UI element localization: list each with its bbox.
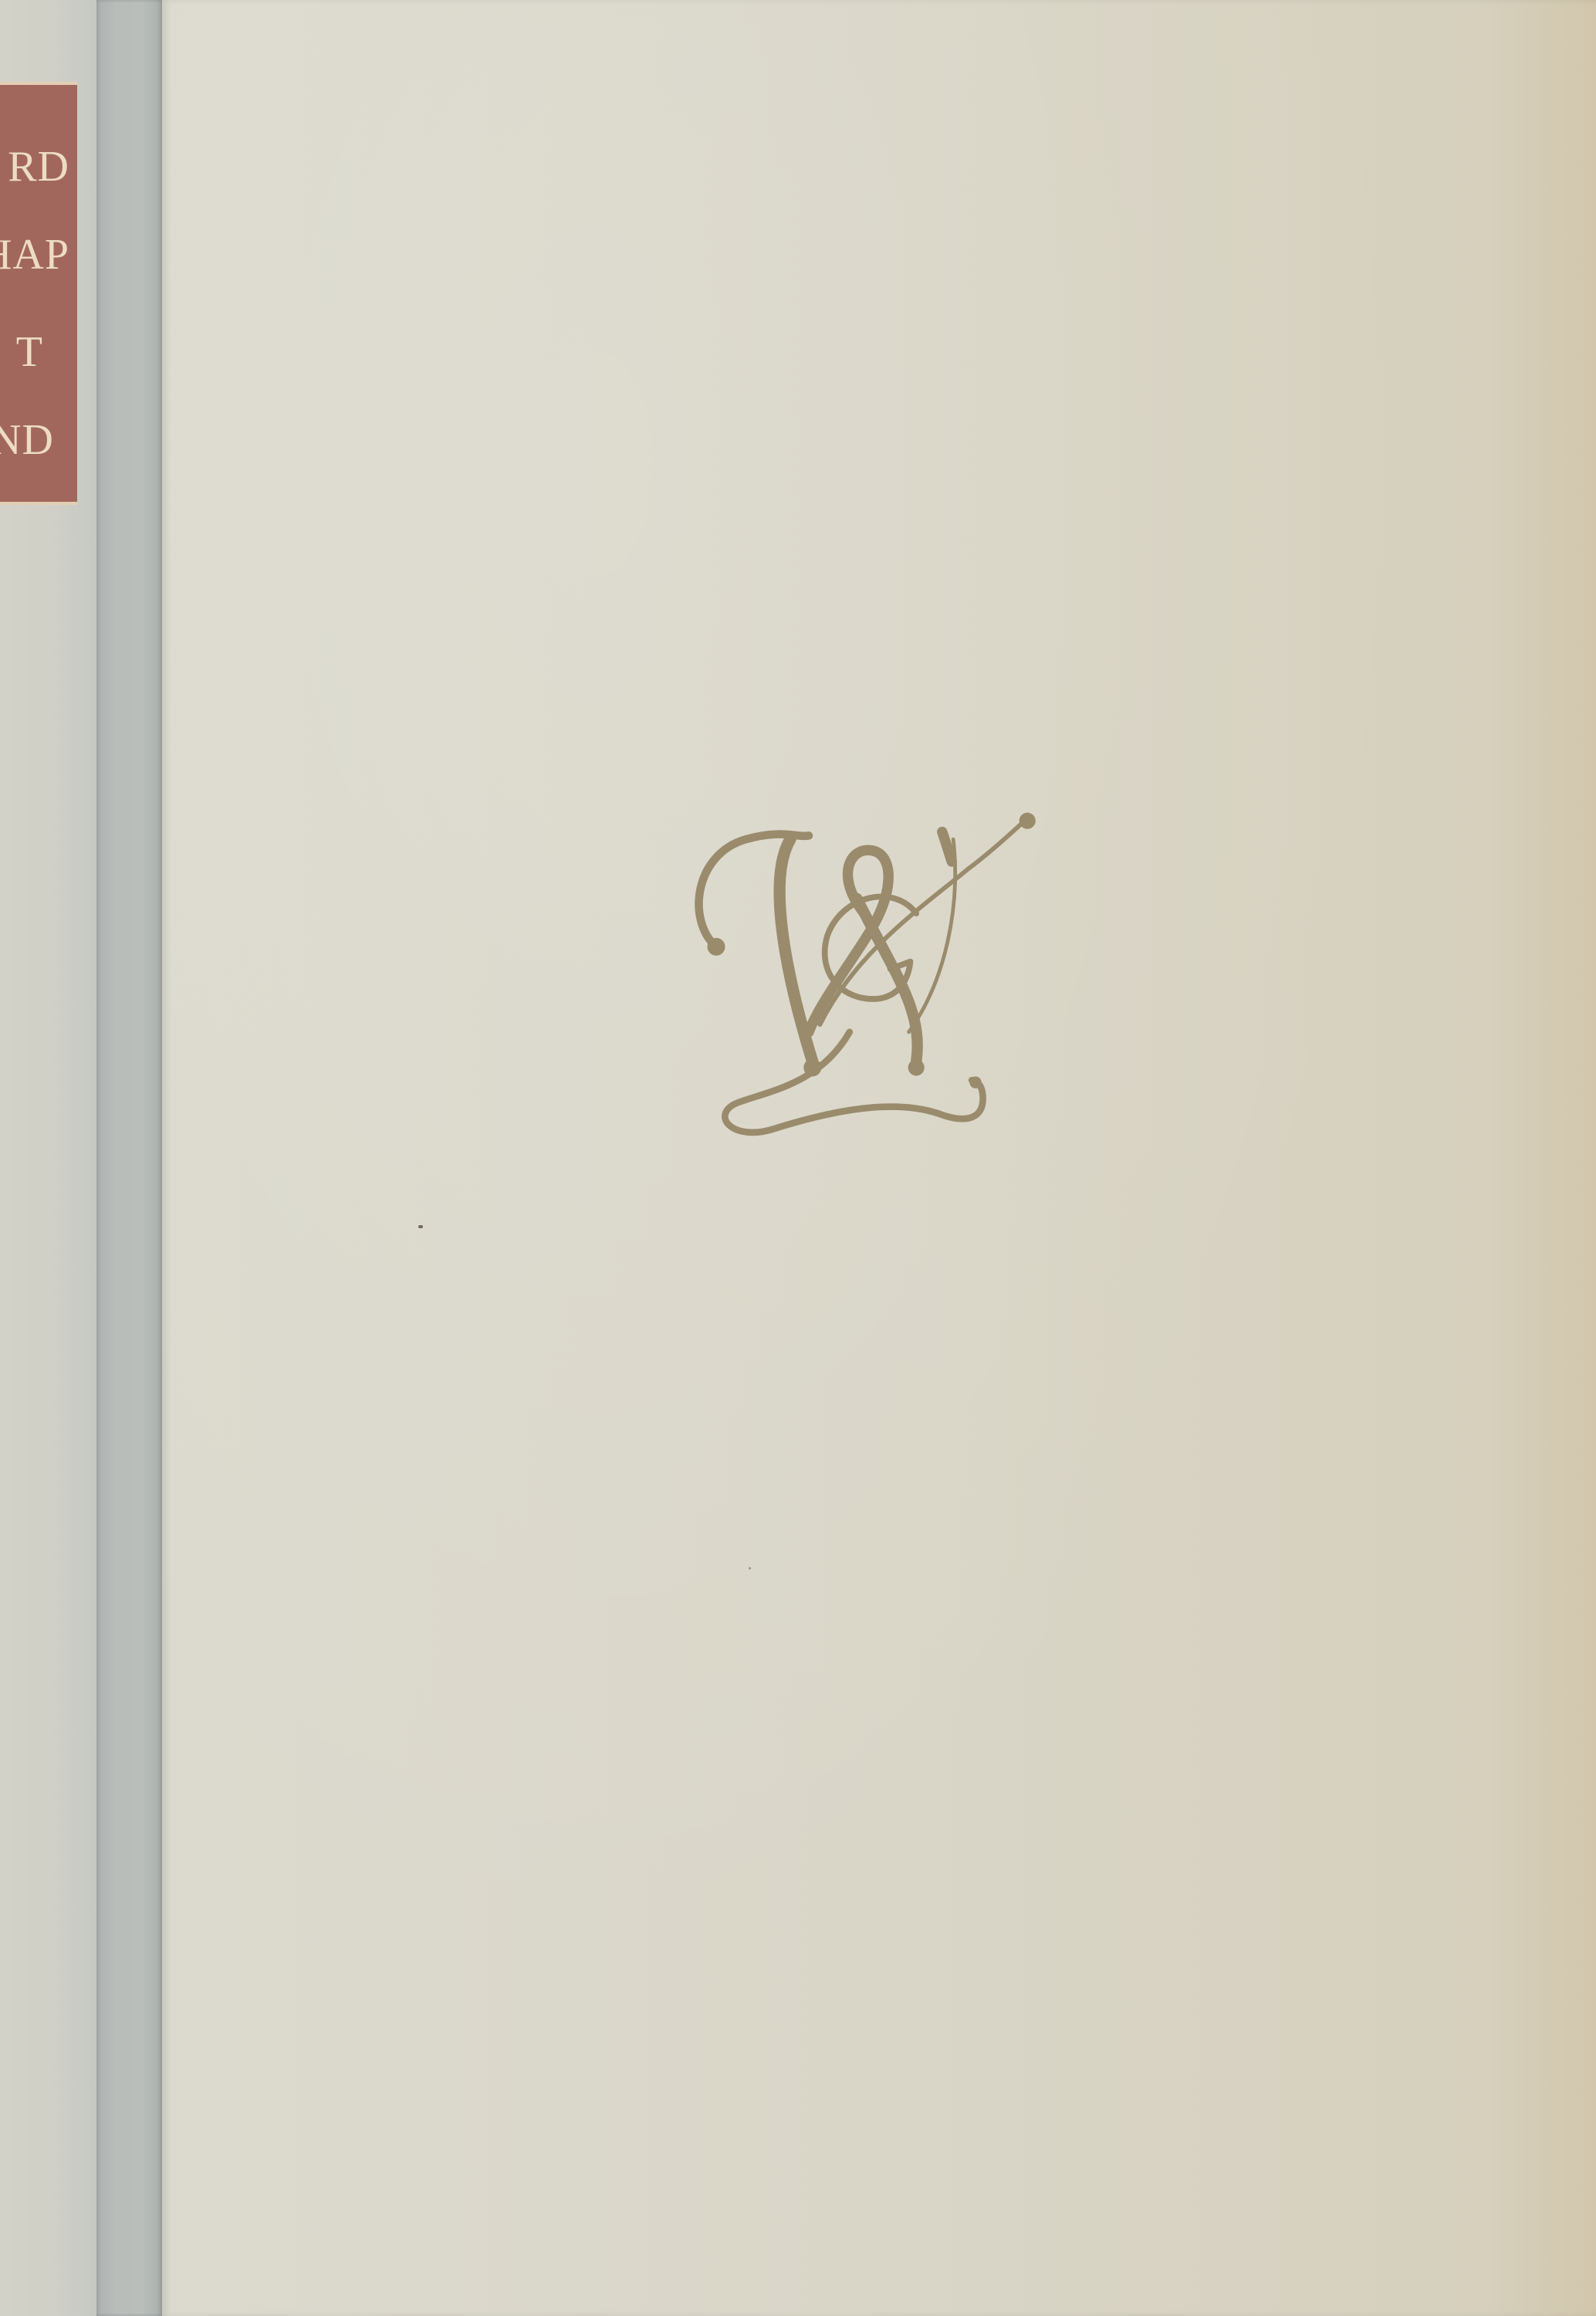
cover-blemish <box>418 1225 423 1228</box>
spine-label-line-3: T <box>16 330 43 374</box>
monogram-emblem <box>671 787 1057 1158</box>
book-spine: RD HAP T ND <box>0 0 96 2316</box>
monogram-icon <box>671 787 1057 1158</box>
book: RD HAP T ND <box>0 0 1596 2316</box>
spine-label-line-1: RD <box>8 145 69 188</box>
spine-label-line-4: ND <box>0 418 54 462</box>
spine-hinge <box>96 0 162 2316</box>
cover-blemish <box>749 1567 751 1569</box>
spine-label-line-2: HAP <box>0 233 69 276</box>
spine-title-label: RD HAP T ND <box>0 82 77 505</box>
